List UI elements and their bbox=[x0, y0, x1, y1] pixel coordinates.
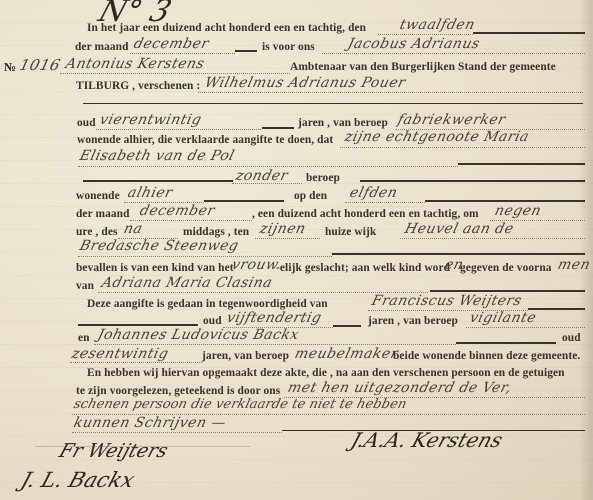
printed-text: jaren, van beroep bbox=[202, 350, 289, 362]
handwritten-day: twaalfden bbox=[398, 17, 477, 33]
handwritten-birth-month: december bbox=[138, 203, 217, 219]
handwritten-witness1-occupation: vigilante bbox=[468, 310, 538, 326]
printed-text: , een duizend acht honderd een en tachti… bbox=[252, 208, 479, 220]
handwritten-official-name: Jacobus Adrianus bbox=[346, 36, 482, 52]
handwritten-official-surname: Antonius Kerstens bbox=[64, 56, 206, 72]
signature-witness2: J. L. Backx bbox=[18, 468, 138, 492]
handwritten-witness2-age: zesentwintig bbox=[70, 346, 170, 362]
printed-text: beide wonende binnen deze gemeente. bbox=[393, 350, 580, 362]
printed-text: oud bbox=[203, 315, 222, 327]
printed-text: huize wijk bbox=[325, 226, 376, 238]
signature-official: J.A.A. Kerstens bbox=[348, 428, 506, 452]
printed-text: In het jaar een duizend acht honderd een… bbox=[87, 22, 366, 34]
birth-register-page: N° 3 In het jaar een duizend acht honder… bbox=[0, 0, 593, 500]
printed-text: van bbox=[76, 280, 94, 292]
printed-text: wonende bbox=[76, 190, 120, 202]
printed-text: der maand bbox=[76, 208, 130, 220]
handwritten-text: men bbox=[556, 257, 592, 273]
printed-text: is voor ons bbox=[262, 41, 315, 53]
printed-text: -elijk geslacht; aan welk kind word bbox=[276, 262, 450, 274]
handwritten-mother-name: Elisabeth van de Pol bbox=[78, 148, 236, 164]
handwritten-sex: vrouw bbox=[230, 257, 281, 273]
signature-witness1: Fr Weijters bbox=[56, 440, 170, 462]
handwritten-month: december bbox=[132, 36, 211, 52]
handwritten-witness1: Franciscus Weijters bbox=[370, 293, 523, 309]
printed-text: Ambtenaar van den Burgerlijken Stand der… bbox=[290, 61, 556, 73]
handwritten-child-name: Adriana Maria Clasina bbox=[100, 275, 274, 291]
handwritten-witness2: Johannes Ludovicus Backx bbox=[96, 327, 301, 343]
printed-text: Deze aangifte is gedaan in tegenwoordigh… bbox=[87, 298, 328, 310]
handwritten-mother-occupation: zonder bbox=[234, 168, 290, 184]
handwritten-witness2-occupation: meubelmaker bbox=[293, 346, 400, 362]
act-number: 1016 bbox=[18, 56, 63, 74]
handwritten-text: kunnen Schrijven — bbox=[72, 415, 228, 431]
printed-text: jaren , van beroep bbox=[368, 315, 458, 327]
handwritten-text: na bbox=[122, 221, 144, 237]
printed-text: En hebben wij hiervan opgemaakt deze akt… bbox=[87, 367, 565, 379]
act-number-prefix: № bbox=[4, 60, 16, 75]
printed-text: op den bbox=[294, 190, 327, 202]
handwritten-text: schenen persoon die verklaarde te niet t… bbox=[72, 397, 408, 412]
printed-text: oud bbox=[562, 332, 581, 344]
printed-text: jaren , van beroep bbox=[298, 117, 388, 129]
handwritten-street: Bredasche Steenweg bbox=[78, 238, 240, 254]
printed-text: beroep bbox=[306, 172, 340, 184]
printed-text: bevallen is van een kind van het bbox=[76, 262, 234, 274]
handwritten-declarant: Wilhelmus Adrianus Pouer bbox=[203, 75, 407, 91]
printed-text: TILBURG , verschenen : bbox=[76, 80, 200, 92]
handwritten-text: met hen uitgezonderd de Ver, bbox=[286, 380, 513, 396]
handwritten-witness1-age: vijftendertig bbox=[225, 310, 323, 326]
handwritten-text: zijne echtgenoote Maria bbox=[343, 129, 531, 145]
handwritten-birth-day: elfden bbox=[348, 185, 399, 201]
printed-text: oud bbox=[77, 117, 96, 129]
printed-text: middags , ten bbox=[183, 226, 249, 238]
handwritten-text: zijnen bbox=[258, 221, 308, 237]
handwritten-occupation: fabriekwerker bbox=[396, 112, 507, 128]
printed-text: ure , des bbox=[76, 226, 118, 238]
printed-text: wonende alhier, die verklaarde aangifte … bbox=[77, 134, 333, 146]
handwritten-residence: alhier bbox=[126, 185, 174, 201]
printed-text: te zijn voorgelezen, geteekend is door o… bbox=[76, 385, 280, 397]
printed-text: en bbox=[78, 332, 90, 344]
handwritten-age: vierentwintig bbox=[98, 112, 203, 128]
printed-text: gegeven de voorna bbox=[460, 262, 552, 274]
handwritten-birth-hour: negen bbox=[493, 203, 543, 219]
handwritten-address: Heuvel aan de bbox=[403, 221, 516, 237]
printed-text: der maand bbox=[75, 41, 129, 53]
